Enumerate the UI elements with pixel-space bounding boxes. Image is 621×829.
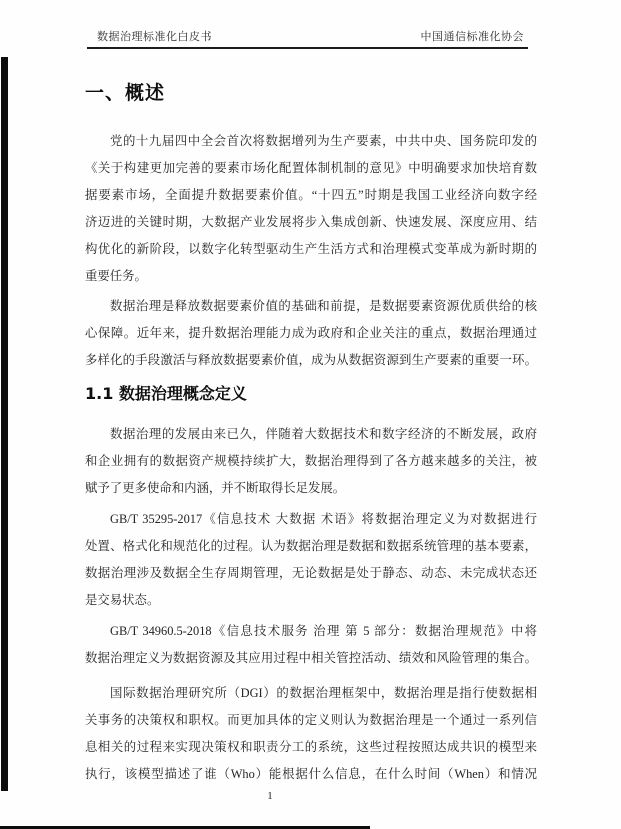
text-line: 数据治理是释放数据要素价值的基础和前提，是数据要素资源优质供给的核 (85, 293, 537, 320)
text-line: 国际数据治理研究所（DGI）的数据治理框架中，数据治理是指行使数据相 (85, 680, 537, 707)
paragraph: GB/T 35295-2017《信息技术 大数据 术语》将数据治理定义为对数据进… (85, 506, 537, 614)
text-line: 息相关的过程来实现决策权和职责分工的系统，这些过程按照达成共识的模型来 (85, 734, 537, 761)
text-line: 处置、格式化和规范化的过程。认为数据治理是数据和数据系统管理的基本要素， (85, 533, 537, 560)
page-number: 1 (240, 790, 300, 802)
chapter-heading: 一、概述 (85, 78, 165, 105)
scan-edge-artifact-left (1, 57, 8, 791)
header-rule (87, 47, 528, 49)
paragraph: 数据治理的发展由来已久，伴随着大数据技术和数字经济的不断发展，政府 和企业拥有的… (85, 421, 537, 502)
paragraph: 国际数据治理研究所（DGI）的数据治理框架中，数据治理是指行使数据相 关事务的决… (85, 680, 537, 788)
text-line: GB/T 35295-2017《信息技术 大数据 术语》将数据治理定义为对数据进… (85, 506, 537, 533)
text-line: 构优化的新阶段，以数字化转型驱动生产生活方式和治理模式变革成为新时期的 (85, 236, 537, 263)
paragraph: 党的十九届四中全会首次将数据增列为生产要素，中共中央、国务院印发的 《关于构建更… (85, 128, 537, 290)
paragraph: GB/T 34960.5-2018《信息技术服务 治理 第 5 部分：数据治理规… (85, 618, 537, 672)
section-heading: 1.1 数据治理概念定义 (85, 381, 247, 404)
text-line: 关事务的决策权和职权。而更加具体的定义则认为数据治理是一个通过一系列信 (85, 707, 537, 734)
text-line: 《关于构建更加完善的要素市场化配置体制机制的意见》中明确要求加快培育数 (85, 155, 537, 182)
text-line: 济迈进的关键时期，大数据产业发展将步入集成创新、快速发展、深度应用、结 (85, 209, 537, 236)
text-line: 多样化的手段激活与释放数据要素价值，成为从数据资源到生产要素的重要一环。 (85, 347, 537, 374)
text-line: 据要素市场，全面提升数据要素价值。“十四五”时期是我国工业经济向数字经 (85, 182, 537, 209)
text-line: 执行，该模型描述了谁（Who）能根据什么信息，在什么时间（When）和情况 (85, 761, 537, 788)
paragraph: 数据治理是释放数据要素价值的基础和前提，是数据要素资源优质供给的核 心保障。近年… (85, 293, 537, 374)
text-line: 数据治理的发展由来已久，伴随着大数据技术和数字经济的不断发展，政府 (85, 421, 537, 448)
header-document-title: 数据治理标准化白皮书 (97, 28, 212, 44)
text-line: GB/T 34960.5-2018《信息技术服务 治理 第 5 部分：数据治理规… (85, 618, 537, 645)
text-line: 赋予了更多使命和内涵，并不断取得长足发展。 (85, 475, 537, 502)
text-line: 是交易状态。 (85, 587, 537, 614)
text-line: 心保障。近年来，提升数据治理能力成为政府和企业关注的重点，数据治理通过 (85, 320, 537, 347)
text-line: 和企业拥有的数据资产规模持续扩大，数据治理得到了各方越来越多的关注，被 (85, 448, 537, 475)
header-organization: 中国通信标准化协会 (421, 28, 525, 44)
text-line: 数据治理涉及数据全生存周期管理，无论数据是处于静态、动态、未完成状态还 (85, 560, 537, 587)
document-page: 数据治理标准化白皮书 中国通信标准化协会 一、概述 党的十九届四中全会首次将数据… (0, 0, 621, 829)
text-line: 重要任务。 (85, 263, 537, 290)
text-line: 党的十九届四中全会首次将数据增列为生产要素，中共中央、国务院印发的 (85, 128, 537, 155)
text-line: 数据治理定义为数据资源及其应用过程中相关管控活动、绩效和风险管理的集合。 (85, 645, 537, 672)
